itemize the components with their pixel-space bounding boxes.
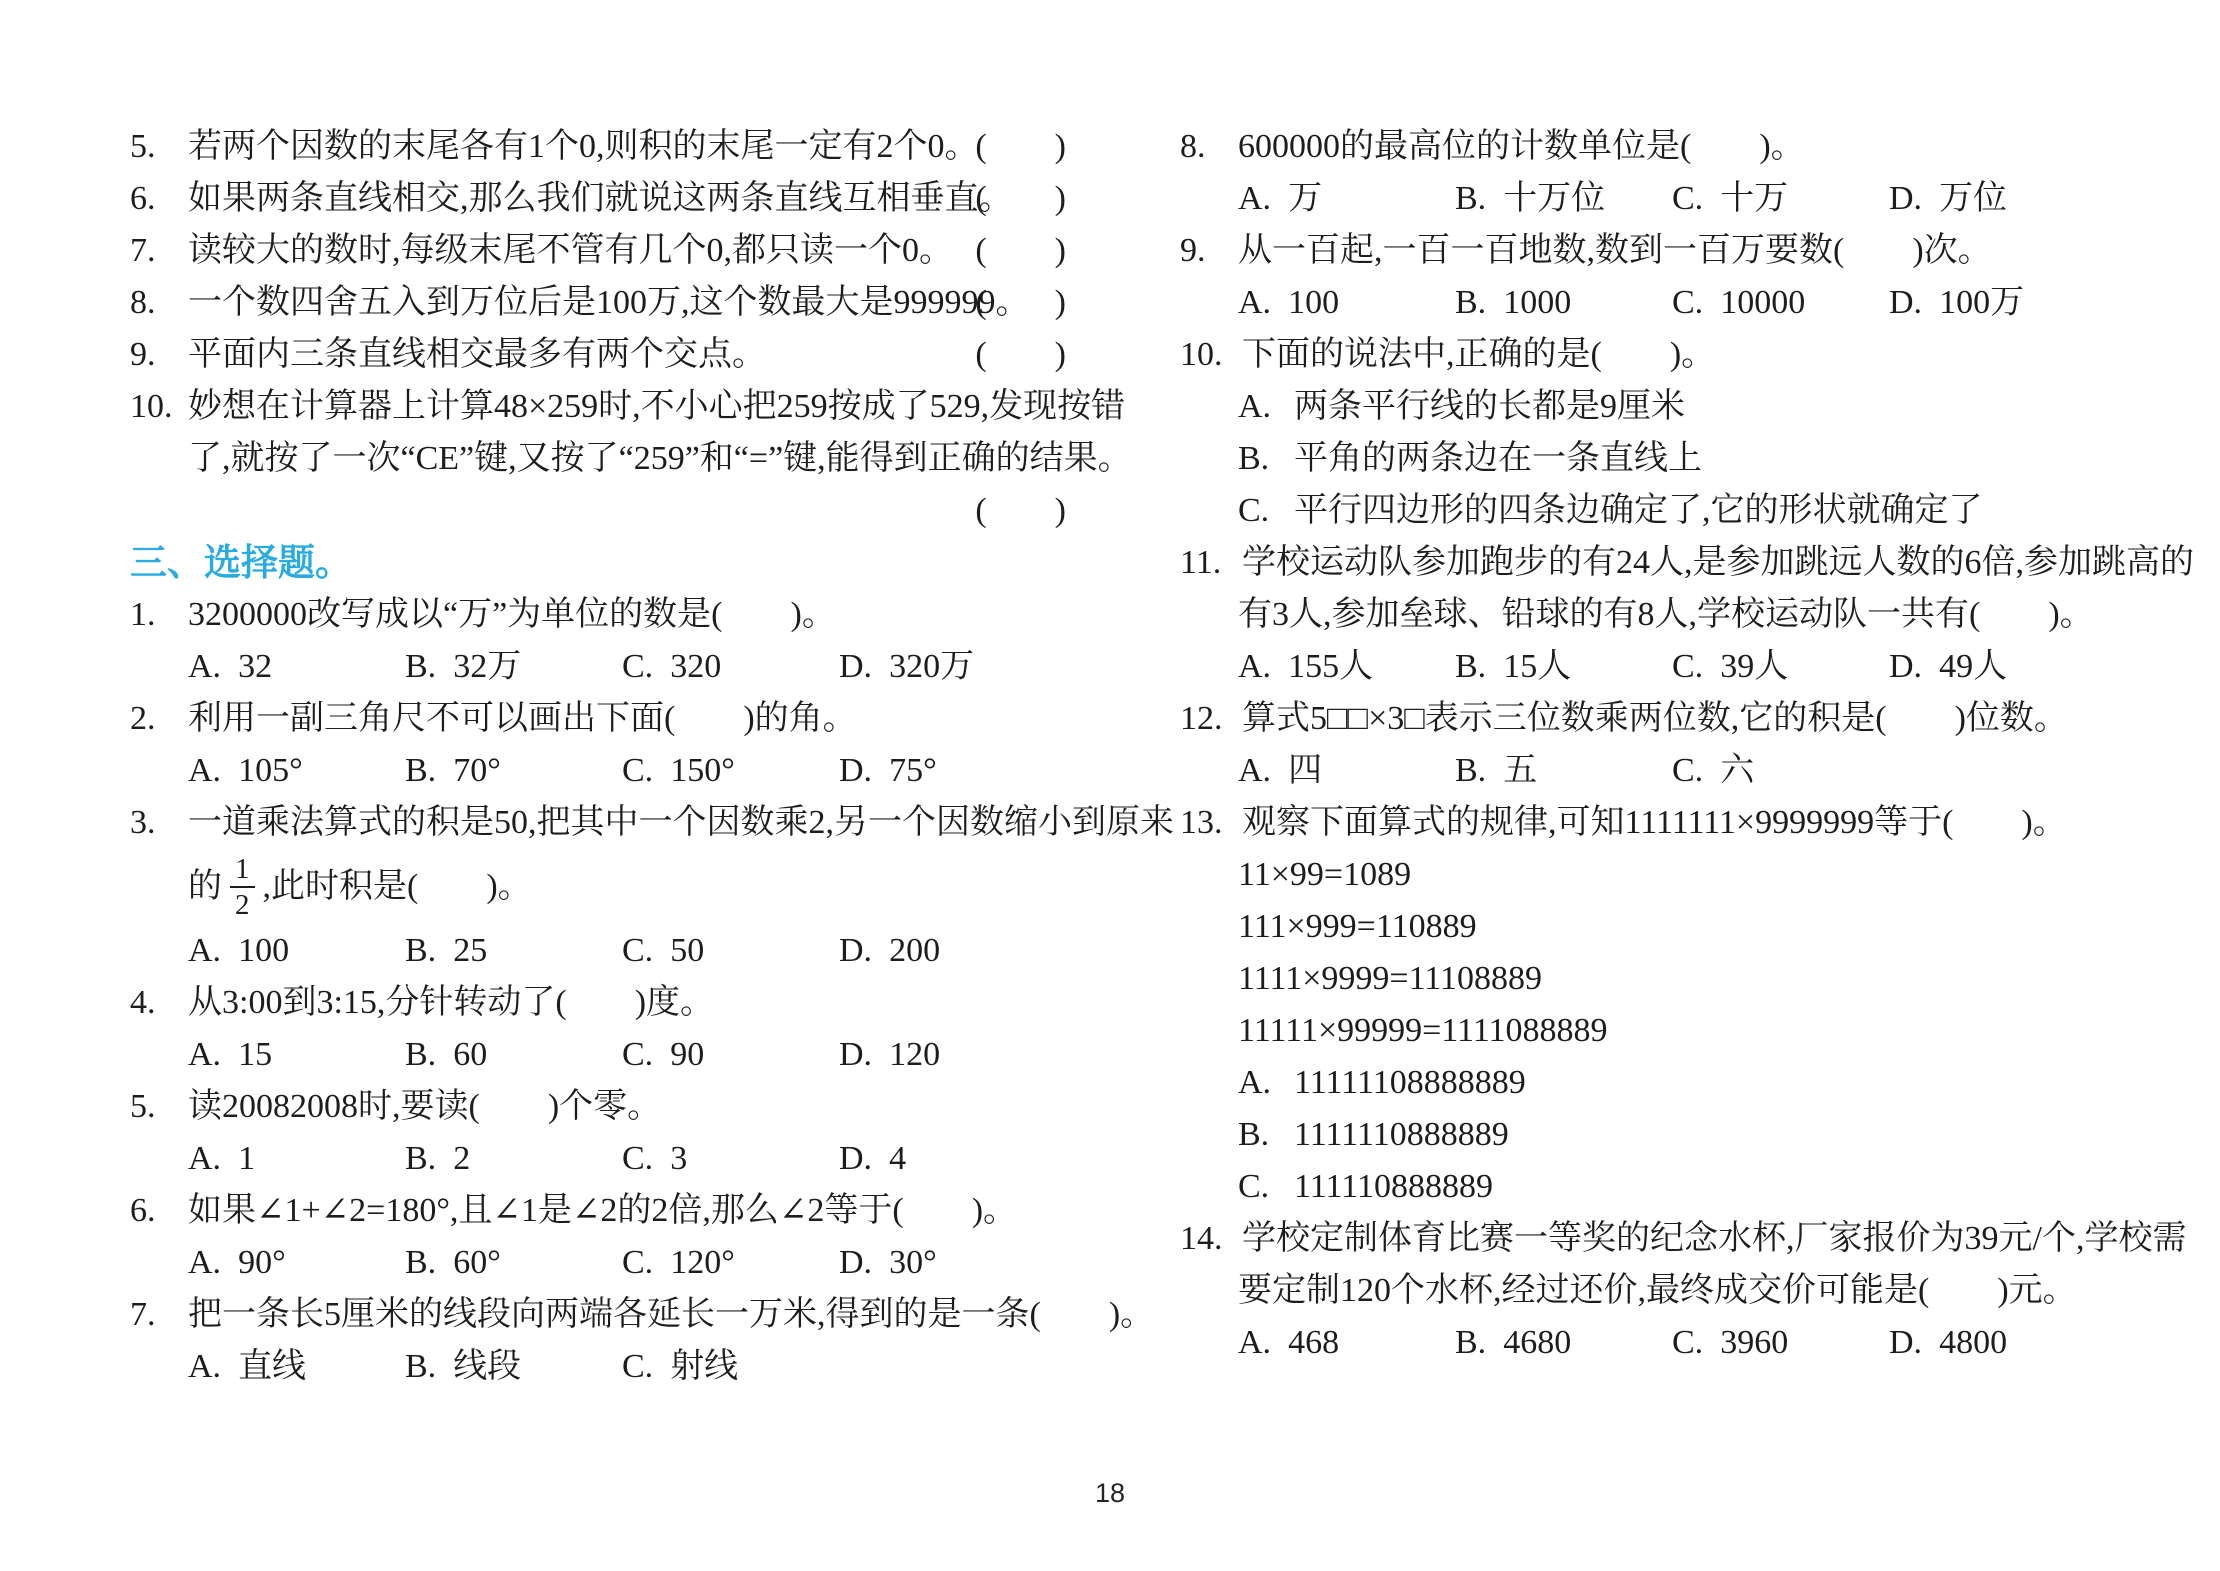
option-b: B.五 (1455, 745, 1672, 797)
option-b: B.32万 (405, 641, 622, 693)
question-number: 2. (130, 693, 188, 745)
option-b: B.十万位 (1455, 173, 1672, 225)
question-line: 10. 妙想在计算器上计算48×259时,不小心把259按成了529,发现按错 (130, 381, 1070, 433)
question-line: 9. 从一百起,一百一百地数,数到一百万要数( )次。 (1180, 225, 2130, 277)
option-b: B.线段 (405, 1341, 622, 1393)
options-row: A.468 B.4680 C.3960 D.4800 (1180, 1317, 2130, 1369)
judge-question-9: 9. 平面内三条直线相交最多有两个交点。 ( ) (130, 329, 1070, 381)
option-b: B.60° (405, 1237, 622, 1289)
question-line: 1. 3200000改写成以“万”为单位的数是( )。 (130, 589, 1070, 641)
options-row: A.直线 B.线段 C.射线 (130, 1341, 1070, 1393)
choice-question-3: 3. 一道乘法算式的积是50,把其中一个因数乘2,另一个因数缩小到原来 的 1 … (130, 797, 1070, 977)
question-line: 4. 从3:00到3:15,分针转动了( )度。 (130, 977, 1070, 1029)
question-line: 8. 600000的最高位的计数单位是( )。 (1180, 121, 2130, 173)
choice-question-6: 6. 如果∠1+∠2=180°,且∠1是∠2的2倍,那么∠2等于( )。 A.9… (130, 1185, 1070, 1289)
choice-question-1: 1. 3200000改写成以“万”为单位的数是( )。 A.32 B.32万 C… (130, 589, 1070, 693)
option-a: A.15 (188, 1029, 405, 1081)
option-c: C.150° (622, 745, 839, 797)
question-text: 平面内三条直线相交最多有两个交点。 (188, 329, 766, 381)
question-text: 如果∠1+∠2=180°,且∠1是∠2的2倍,那么∠2等于( )。 (188, 1185, 1017, 1237)
option-a: A.1 (188, 1133, 405, 1185)
question-text: 观察下面算式的规律,可知1111111×9999999等于( )。 (1242, 797, 2067, 849)
choice-question-10: 10. 下面的说法中,正确的是( )。 A.两条平行线的长都是9厘米 B.平角的… (1180, 329, 2130, 537)
option-d: D.万位 (1889, 173, 2007, 225)
option-a: A.155人 (1238, 641, 1455, 693)
options-row: A.四 B.五 C.六 (1180, 745, 2130, 797)
question-text: 学校运动队参加跑步的有24人,是参加跳远人数的6倍,参加跳高的 (1242, 537, 2194, 589)
option-c: C.3960 (1672, 1317, 1889, 1369)
question-text: 要定制120个水杯,经过还价,最终成交价可能是( )元。 (1238, 1265, 2077, 1317)
options-row: A.万 B.十万位 C.十万 D.万位 (1180, 173, 2130, 225)
question-text: 600000的最高位的计数单位是( )。 (1238, 121, 1805, 173)
question-text: 一个数四舍五入到万位后是100万,这个数最大是999999。 (188, 277, 1030, 329)
option-c: C.射线 (622, 1341, 738, 1393)
question-text: 读20082008时,要读( )个零。 (188, 1081, 661, 1133)
question-text: 读较大的数时,每级末尾不管有几个0,都只读一个0。 (188, 225, 953, 277)
choice-question-14: 14. 学校定制体育比赛一等奖的纪念水杯,厂家报价为39元/个,学校需 要定制1… (1180, 1213, 2130, 1369)
option-b: B.70° (405, 745, 622, 797)
option-d: D.4800 (1889, 1317, 2007, 1369)
option-a: A.直线 (188, 1341, 405, 1393)
question-number: 8. (130, 277, 188, 329)
judge-question-7: 7. 读较大的数时,每级末尾不管有几个0,都只读一个0。 ( ) (130, 225, 1070, 277)
pattern-line: 11×99=1089 (1180, 849, 2130, 901)
question-text: 下面的说法中,正确的是( )。 (1242, 329, 1715, 381)
judge-question-8: 8. 一个数四舍五入到万位后是100万,这个数最大是999999。 ( ) (130, 277, 1070, 329)
question-number: 8. (1180, 121, 1238, 173)
option-c: C.39人 (1672, 641, 1889, 693)
options-row: A.15 B.60 C.90 D.120 (130, 1029, 1070, 1081)
question-text: 妙想在计算器上计算48×259时,不小心把259按成了529,发现按错 (188, 381, 1125, 433)
question-text: 若两个因数的末尾各有1个0,则积的末尾一定有2个0。 (188, 121, 979, 173)
choice-question-8: 8. 600000的最高位的计数单位是( )。 A.万 B.十万位 C.十万 D… (1180, 121, 2130, 225)
option-d: D.30° (839, 1237, 937, 1289)
question-number: 14. (1180, 1213, 1242, 1265)
options-row: A.90° B.60° C.120° D.30° (130, 1237, 1070, 1289)
choice-question-13: 13. 观察下面算式的规律,可知1111111×9999999等于( )。 11… (1180, 797, 2130, 1213)
choice-question-5: 5. 读20082008时,要读( )个零。 A.1 B.2 C.3 D.4 (130, 1081, 1070, 1185)
options-row: A.100 B.1000 C.10000 D.100万 (1180, 277, 2130, 329)
option-b: B.2 (405, 1133, 622, 1185)
question-number: 3. (130, 797, 188, 849)
question-line: 13. 观察下面算式的规律,可知1111111×9999999等于( )。 (1180, 797, 2130, 849)
question-number: 10. (130, 381, 188, 433)
option-c: C.10000 (1672, 277, 1889, 329)
question-line: 3. 一道乘法算式的积是50,把其中一个因数乘2,另一个因数缩小到原来 (130, 797, 1070, 849)
question-text: 把一条长5厘米的线段向两端各延长一万米,得到的是一条( )。 (188, 1289, 1154, 1341)
pattern-line: 11111×99999=1111088889 (1180, 1005, 2130, 1057)
option-c: C.111110888889 (1180, 1161, 2130, 1213)
right-column: 8. 600000的最高位的计数单位是( )。 A.万 B.十万位 C.十万 D… (1180, 121, 2130, 1369)
choice-question-7: 7. 把一条长5厘米的线段向两端各延长一万米,得到的是一条( )。 A.直线 B… (130, 1289, 1070, 1393)
question-text: 3200000改写成以“万”为单位的数是( )。 (188, 589, 836, 641)
page-number: 18 (0, 1478, 2220, 1509)
answer-blank-line: ( ) (130, 485, 1070, 537)
options-row: A.155人 B.15人 C.39人 D.49人 (1180, 641, 2130, 693)
option-d: D.4 (839, 1133, 906, 1185)
option-d: D.75° (839, 745, 937, 797)
question-line: 2. 利用一副三角尺不可以画出下面( )的角。 (130, 693, 1070, 745)
question-line: 12. 算式5□□×3□表示三位数乘两位数,它的积是( )位数。 (1180, 693, 2130, 745)
question-line: 的 1 2 ,此时积是( )。 (130, 849, 1070, 925)
option-a: A.100 (188, 925, 405, 977)
option-b: B.4680 (1455, 1317, 1672, 1369)
option-d: D.320万 (839, 641, 974, 693)
option-a: A.468 (1238, 1317, 1455, 1369)
question-number: 4. (130, 977, 188, 1029)
option-b: B.60 (405, 1029, 622, 1081)
question-number: 9. (130, 329, 188, 381)
option-c: C.3 (622, 1133, 839, 1185)
question-number: 5. (130, 1081, 188, 1133)
question-number: 5. (130, 121, 188, 173)
option-d: D.200 (839, 925, 940, 977)
option-a: A.11111108888889 (1180, 1057, 2130, 1109)
pattern-line: 1111×9999=11108889 (1180, 953, 2130, 1005)
options-row: A.105° B.70° C.150° D.75° (130, 745, 1070, 797)
answer-blank: ( ) (975, 277, 1066, 329)
choice-question-2: 2. 利用一副三角尺不可以画出下面( )的角。 A.105° B.70° C.1… (130, 693, 1070, 797)
section-header: 三、选择题。 (130, 537, 1070, 589)
question-number: 6. (130, 173, 188, 225)
choice-question-11: 11. 学校运动队参加跑步的有24人,是参加跳远人数的6倍,参加跳高的 有3人,… (1180, 537, 2130, 693)
question-text: 了,就按了一次“CE”键,又按了“259”和“=”键,能得到正确的结果。 (188, 433, 1132, 485)
question-number: 11. (1180, 537, 1242, 589)
option-a: A.四 (1238, 745, 1455, 797)
question-line: 10. 下面的说法中,正确的是( )。 (1180, 329, 2130, 381)
answer-blank: ( ) (975, 225, 1066, 277)
question-text: 学校定制体育比赛一等奖的纪念水杯,厂家报价为39元/个,学校需 (1242, 1213, 2186, 1265)
question-line: 6. 如果∠1+∠2=180°,且∠1是∠2的2倍,那么∠2等于( )。 (130, 1185, 1070, 1237)
question-number: 6. (130, 1185, 188, 1237)
option-a: A.105° (188, 745, 405, 797)
option-c: C.十万 (1672, 173, 1889, 225)
question-text: ,此时积是( )。 (263, 861, 532, 913)
question-line: 了,就按了一次“CE”键,又按了“259”和“=”键,能得到正确的结果。 (130, 433, 1070, 485)
pattern-line: 111×999=110889 (1180, 901, 2130, 953)
choice-question-9: 9. 从一百起,一百一百地数,数到一百万要数( )次。 A.100 B.1000… (1180, 225, 2130, 329)
question-line: 有3人,参加垒球、铅球的有8人,学校运动队一共有( )。 (1180, 589, 2130, 641)
question-number: 13. (1180, 797, 1242, 849)
option-c: C.120° (622, 1237, 839, 1289)
judge-question-5: 5. 若两个因数的末尾各有1个0,则积的末尾一定有2个0。 ( ) (130, 121, 1070, 173)
option-c: C.90 (622, 1029, 839, 1081)
question-line: 要定制120个水杯,经过还价,最终成交价可能是( )元。 (1180, 1265, 2130, 1317)
question-number: 9. (1180, 225, 1238, 277)
question-text: 的 (188, 861, 222, 913)
question-number: 12. (1180, 693, 1242, 745)
option-b: B.1111110888889 (1180, 1109, 2130, 1161)
question-number: 7. (130, 1289, 188, 1341)
option-d: D.49人 (1889, 641, 2007, 693)
options-row: A.32 B.32万 C.320 D.320万 (130, 641, 1070, 693)
option-c: C.320 (622, 641, 839, 693)
option-d: D.120 (839, 1029, 940, 1081)
question-line: 7. 把一条长5厘米的线段向两端各延长一万米,得到的是一条( )。 (130, 1289, 1070, 1341)
judge-question-10: 10. 妙想在计算器上计算48×259时,不小心把259按成了529,发现按错 … (130, 381, 1070, 537)
option-d: D.100万 (1889, 277, 2024, 329)
fraction-one-half: 1 2 (230, 853, 255, 922)
answer-blank: ( ) (975, 329, 1066, 381)
option-b: B.平角的两条边在一条直线上 (1180, 433, 2130, 485)
question-line: 14. 学校定制体育比赛一等奖的纪念水杯,厂家报价为39元/个,学校需 (1180, 1213, 2130, 1265)
options-row: A.1 B.2 C.3 D.4 (130, 1133, 1070, 1185)
option-c: C.六 (1672, 745, 1754, 797)
left-column: 5. 若两个因数的末尾各有1个0,则积的末尾一定有2个0。 ( ) 6. 如果两… (130, 121, 1070, 1393)
question-text: 从3:00到3:15,分针转动了( )度。 (188, 977, 714, 1029)
question-text: 算式5□□×3□表示三位数乘两位数,它的积是( )位数。 (1242, 693, 2068, 745)
question-text: 从一百起,一百一百地数,数到一百万要数( )次。 (1238, 225, 1992, 277)
answer-blank: ( ) (975, 173, 1066, 225)
question-line: 5. 读20082008时,要读( )个零。 (130, 1081, 1070, 1133)
judge-question-6: 6. 如果两条直线相交,那么我们就说这两条直线互相垂直。 ( ) (130, 173, 1070, 225)
question-line: 11. 学校运动队参加跑步的有24人,是参加跳远人数的6倍,参加跳高的 (1180, 537, 2130, 589)
option-a: A.万 (1238, 173, 1455, 225)
question-text: 利用一副三角尺不可以画出下面( )的角。 (188, 693, 857, 745)
question-number: 1. (130, 589, 188, 641)
option-a: A.32 (188, 641, 405, 693)
option-a: A.两条平行线的长都是9厘米 (1180, 381, 2130, 433)
options-row: A.100 B.25 C.50 D.200 (130, 925, 1070, 977)
answer-blank: ( ) (975, 492, 1066, 529)
option-b: B.1000 (1455, 277, 1672, 329)
question-number: 7. (130, 225, 188, 277)
question-text: 有3人,参加垒球、铅球的有8人,学校运动队一共有( )。 (1238, 589, 2094, 641)
option-b: B.15人 (1455, 641, 1672, 693)
question-text: 如果两条直线相交,那么我们就说这两条直线互相垂直。 (188, 173, 1013, 225)
choice-question-12: 12. 算式5□□×3□表示三位数乘两位数,它的积是( )位数。 A.四 B.五… (1180, 693, 2130, 797)
option-c: C.平行四边形的四条边确定了,它的形状就确定了 (1180, 485, 2130, 537)
option-a: A.100 (1238, 277, 1455, 329)
option-c: C.50 (622, 925, 839, 977)
option-b: B.25 (405, 925, 622, 977)
option-a: A.90° (188, 1237, 405, 1289)
question-number: 10. (1180, 329, 1242, 381)
answer-blank: ( ) (975, 121, 1066, 173)
question-text: 一道乘法算式的积是50,把其中一个因数乘2,另一个因数缩小到原来 (188, 797, 1174, 849)
choice-question-4: 4. 从3:00到3:15,分针转动了( )度。 A.15 B.60 C.90 … (130, 977, 1070, 1081)
